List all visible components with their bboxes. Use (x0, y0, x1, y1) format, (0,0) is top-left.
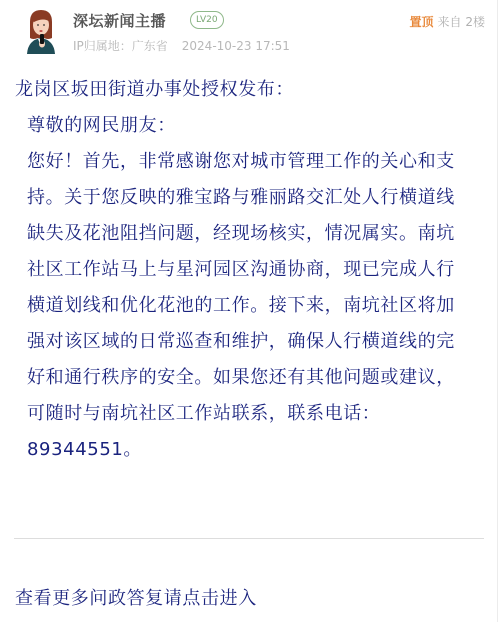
post-timestamp: 2024-10-23 17:51 (182, 39, 290, 53)
post-meta: IP归属地：广东省2024-10-23 17:51 (73, 37, 290, 54)
post-body-text: 您好！首先，非常感谢您对城市管理工作的关心和支持。关于您反映的雅宝路与雅丽路交汇… (15, 144, 465, 468)
page-edge-border (497, 0, 498, 622)
post-header: 深坛新闻主播 LV20 IP归属地：广东省2024-10-23 17:51 置顶… (0, 0, 500, 60)
post-content: 龙岗区坂田街道办事处授权发布： 尊敬的网民朋友： 您好！首先，非常感谢您对城市管… (15, 72, 465, 468)
post-greeting: 尊敬的网民朋友： (15, 108, 465, 144)
author-name[interactable]: 深坛新闻主播 (73, 10, 166, 31)
post-tags: 置顶来自 2楼 (410, 13, 485, 30)
more-replies-link[interactable]: 查看更多问政答复请点击进入 (15, 584, 257, 610)
post-title-line: 龙岗区坂田街道办事处授权发布： (15, 72, 465, 108)
content-divider (14, 538, 484, 539)
floor-number: 来自 2楼 (438, 15, 485, 29)
level-badge: LV20 (190, 11, 224, 29)
avatar[interactable] (22, 8, 60, 54)
female-anchor-avatar-icon (22, 8, 60, 54)
ip-location: IP归属地：广东省 (73, 39, 168, 53)
pinned-badge: 置顶 (410, 15, 434, 29)
